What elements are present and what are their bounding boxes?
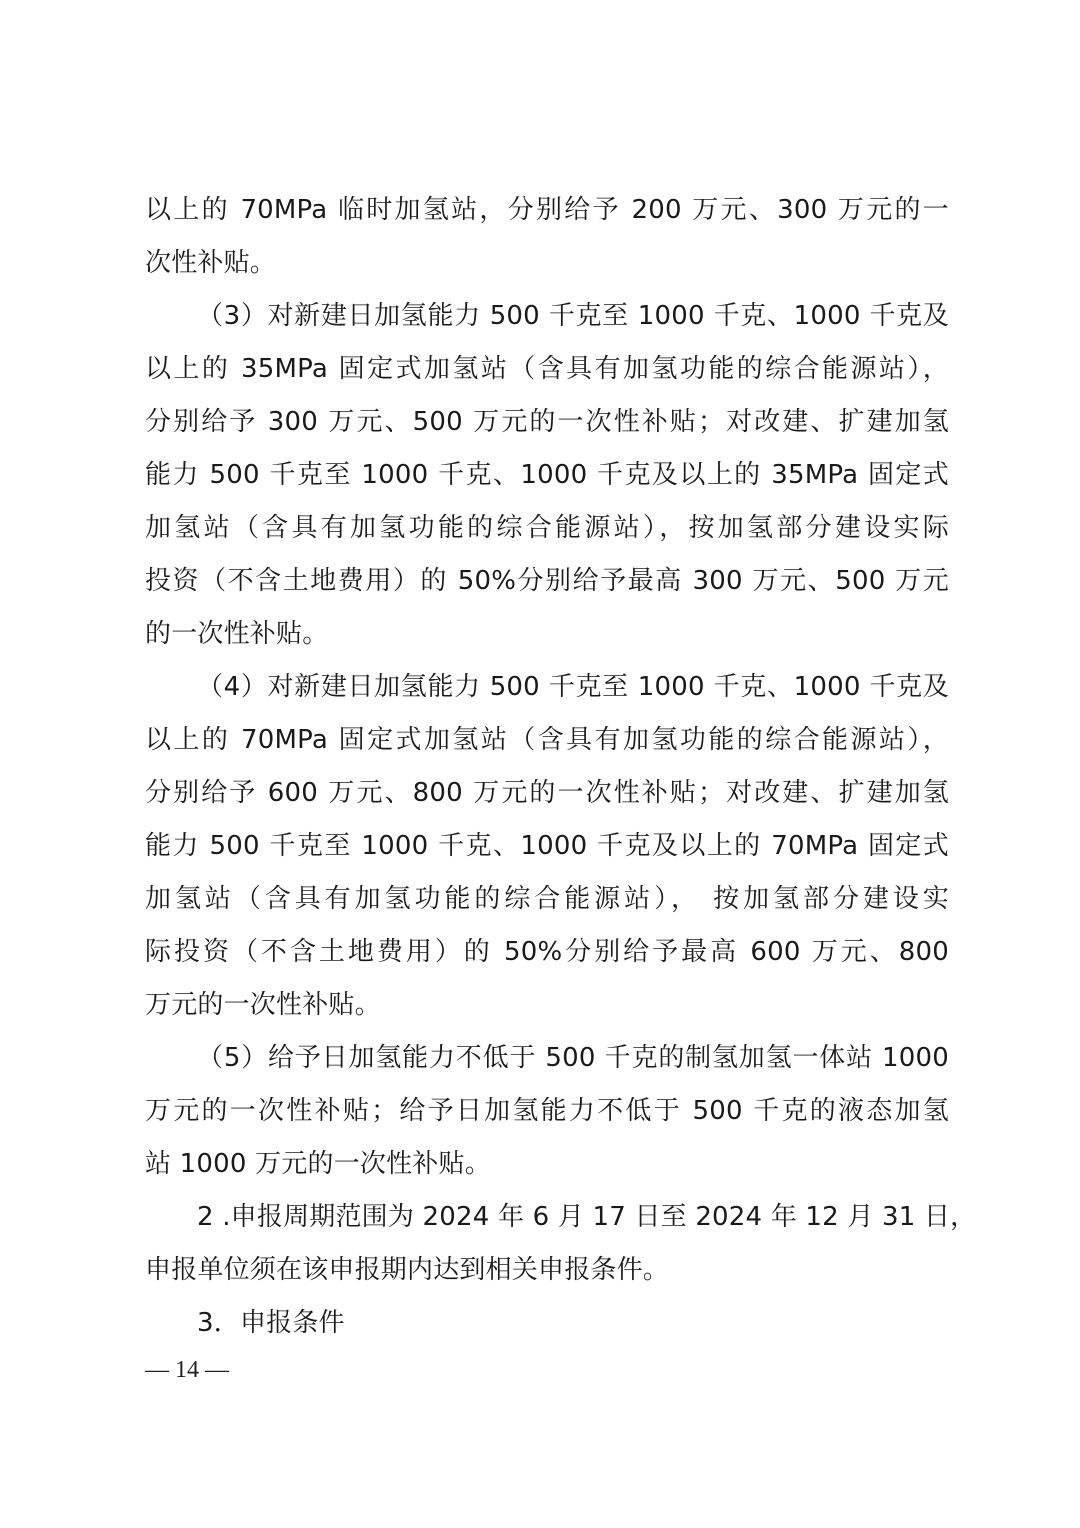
text-line: 加氢站（含具有加氢功能的综合能源站），按加氢部分建设实际 — [145, 502, 949, 555]
text-line: 以上的 35MPa 固定式加氢站（含具有加氢功能的综合能源站）， — [145, 343, 949, 396]
paragraph-3-start: （3）对新建日加氢能力 500 千克至 1000 千克、1000 千克及 — [145, 290, 949, 343]
text-line: 万元的一次性补贴。 — [145, 979, 949, 1032]
text-line: 分别给予 300 万元、500 万元的一次性补贴；对改建、扩建加氢 — [145, 396, 949, 449]
text-line: 次性补贴。 — [145, 237, 949, 290]
page-number: — 14 — — [145, 1352, 229, 1388]
section-2-start: 2 .申报周期范围为 2024 年 6 月 17 日至 2024 年 12 月 … — [145, 1191, 949, 1244]
text-line: 申报单位须在该申报期内达到相关申报条件。 — [145, 1244, 949, 1297]
text-line: 能力 500 千克至 1000 千克、1000 千克及以上的 35MPa 固定式 — [145, 449, 949, 502]
text-line: 投资（不含土地费用）的 50%分别给予最高 300 万元、500 万元 — [145, 555, 949, 608]
text-line: 的一次性补贴。 — [145, 608, 949, 661]
text-line: 站 1000 万元的一次性补贴。 — [145, 1138, 949, 1191]
text-line: 能力 500 千克至 1000 千克、1000 千克及以上的 70MPa 固定式 — [145, 820, 949, 873]
text-line: 万元的一次性补贴；给予日加氢能力不低于 500 千克的液态加氢 — [145, 1085, 949, 1138]
text-line: 际投资（不含土地费用）的 50%分别给予最高 600 万元、800 — [145, 926, 949, 979]
section-3-heading: 3．申报条件 — [145, 1297, 949, 1350]
text-line: 加氢站（含具有加氢功能的综合能源站）， 按加氢部分建设实 — [145, 873, 949, 926]
paragraph-5-start: （5）给予日加氢能力不低于 500 千克的制氢加氢一体站 1000 — [145, 1032, 949, 1085]
paragraph-4-start: （4）对新建日加氢能力 500 千克至 1000 千克、1000 千克及 — [145, 661, 949, 714]
text-line: 以上的 70MPa 固定式加氢站（含具有加氢功能的综合能源站）， — [145, 714, 949, 767]
text-line: 分别给予 600 万元、800 万元的一次性补贴；对改建、扩建加氢 — [145, 767, 949, 820]
text-line: 以上的 70MPa 临时加氢站，分别给予 200 万元、300 万元的一 — [145, 184, 949, 237]
